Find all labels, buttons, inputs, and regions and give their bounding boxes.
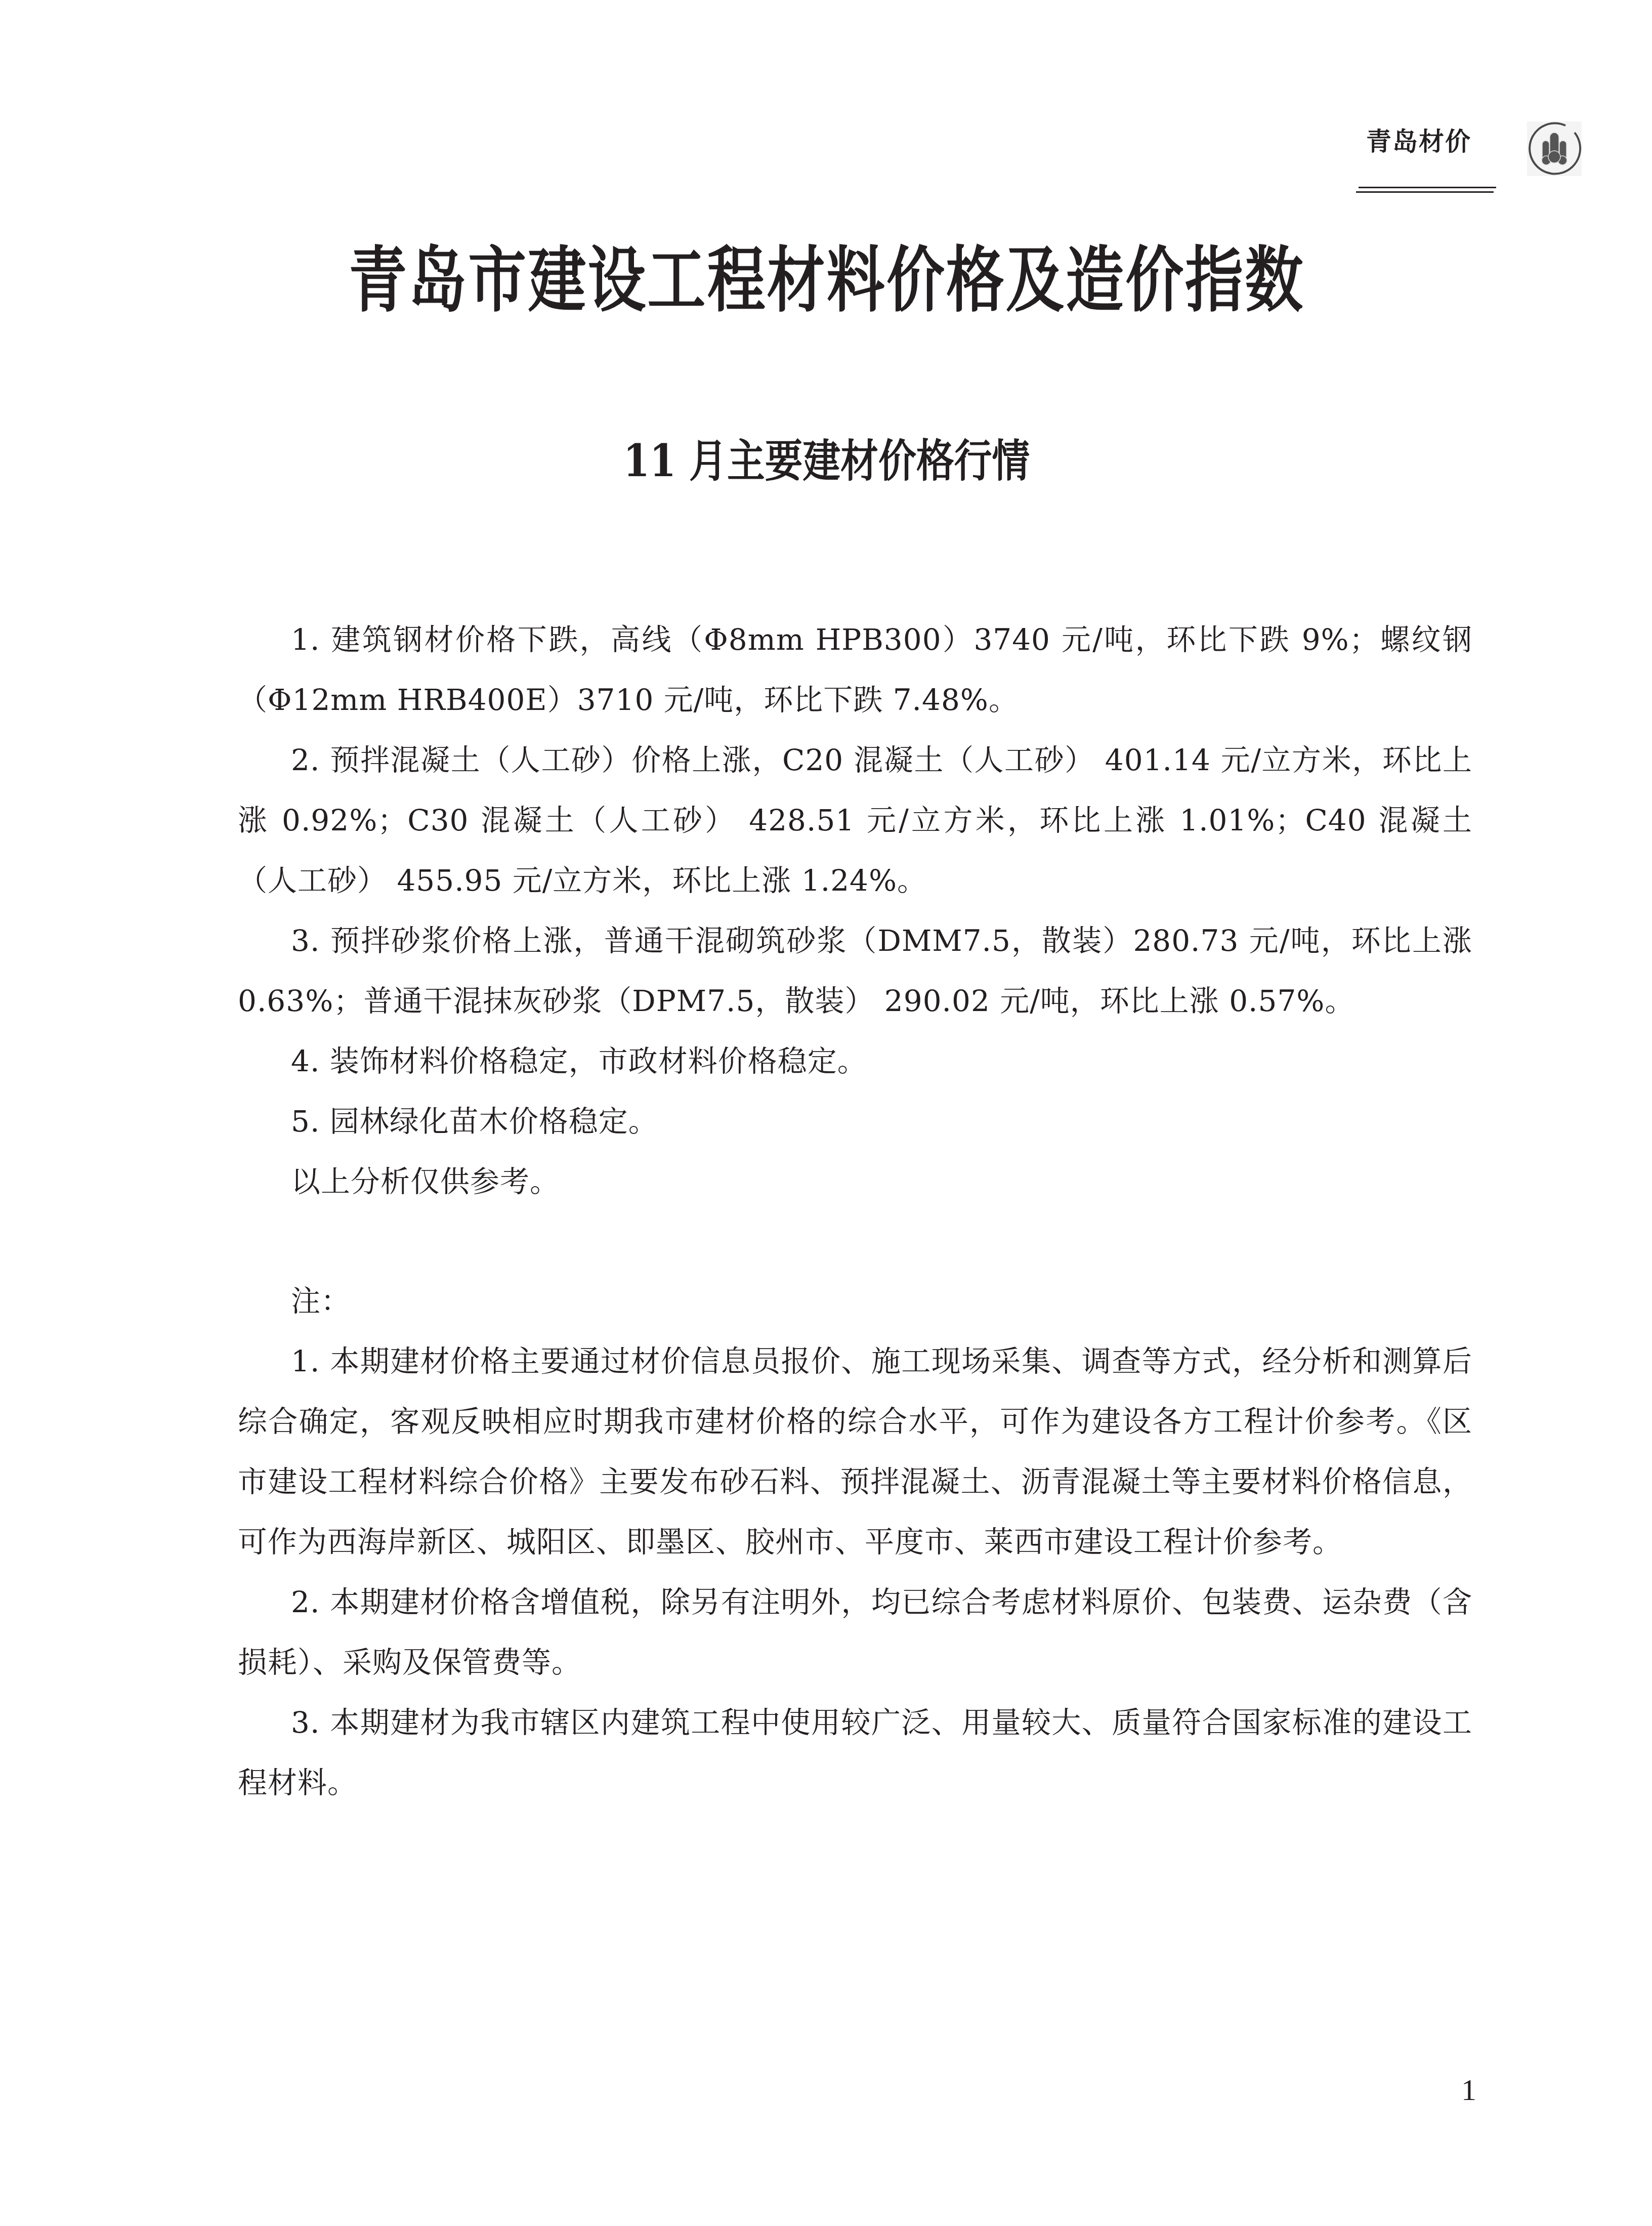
qingdao-material-price-logo-icon <box>1527 121 1582 176</box>
running-header: 青岛材价 <box>1321 116 1533 177</box>
analysis-item-mortar: 3. 预拌砂浆价格上涨，普通干混砌筑砂浆（DMM7.5，散装）280.73 元/… <box>238 911 1472 1031</box>
header-rule-bottom <box>1356 191 1494 193</box>
page-number: 1 <box>1461 2072 1476 2108</box>
analysis-item-concrete: 2. 预拌混凝土（人工砂）价格上涨，C20 混凝土（人工砂） 401.14 元/… <box>238 730 1472 911</box>
section-title: 11 月主要建材价格行情 <box>124 433 1529 488</box>
analysis-disclaimer: 以上分析仅供参考。 <box>238 1152 1472 1212</box>
header-rule-top <box>1359 187 1496 188</box>
notes-section: 注： 1. 本期建材价格主要通过材价信息员报价、施工现场采集、调查等方式，经分析… <box>238 1271 1472 1813</box>
analysis-item-landscape: 5. 园林绿化苗木价格稳定。 <box>238 1091 1472 1152</box>
document-body: 1. 建筑钢材价格下跌，高线（Φ8mm HPB300）3740 元/吨，环比下跌… <box>238 610 1472 1813</box>
analysis-item-decoration: 4. 装饰材料价格稳定，市政材料价格稳定。 <box>238 1031 1472 1091</box>
section-gap <box>238 1212 1472 1271</box>
running-header-title: 青岛材价 <box>1366 127 1471 157</box>
note-item-source: 1. 本期建材价格主要通过材价信息员报价、施工现场采集、调查等方式，经分析和测算… <box>238 1331 1472 1572</box>
note-item-scope: 3. 本期建材为我市辖区内建筑工程中使用较广泛、用量较大、质量符合国家标准的建设… <box>238 1693 1472 1813</box>
analysis-item-steel: 1. 建筑钢材价格下跌，高线（Φ8mm HPB300）3740 元/吨，环比下跌… <box>238 610 1472 730</box>
notes-label: 注： <box>238 1271 1472 1331</box>
page-title: 青岛市建设工程材料价格及造价指数 <box>149 238 1504 324</box>
note-item-tax: 2. 本期建材价格含增值税，除另有注明外，均已综合考虑材料原价、包装费、运杂费（… <box>238 1572 1472 1693</box>
price-analysis: 1. 建筑钢材价格下跌，高线（Φ8mm HPB300）3740 元/吨，环比下跌… <box>238 610 1472 1212</box>
